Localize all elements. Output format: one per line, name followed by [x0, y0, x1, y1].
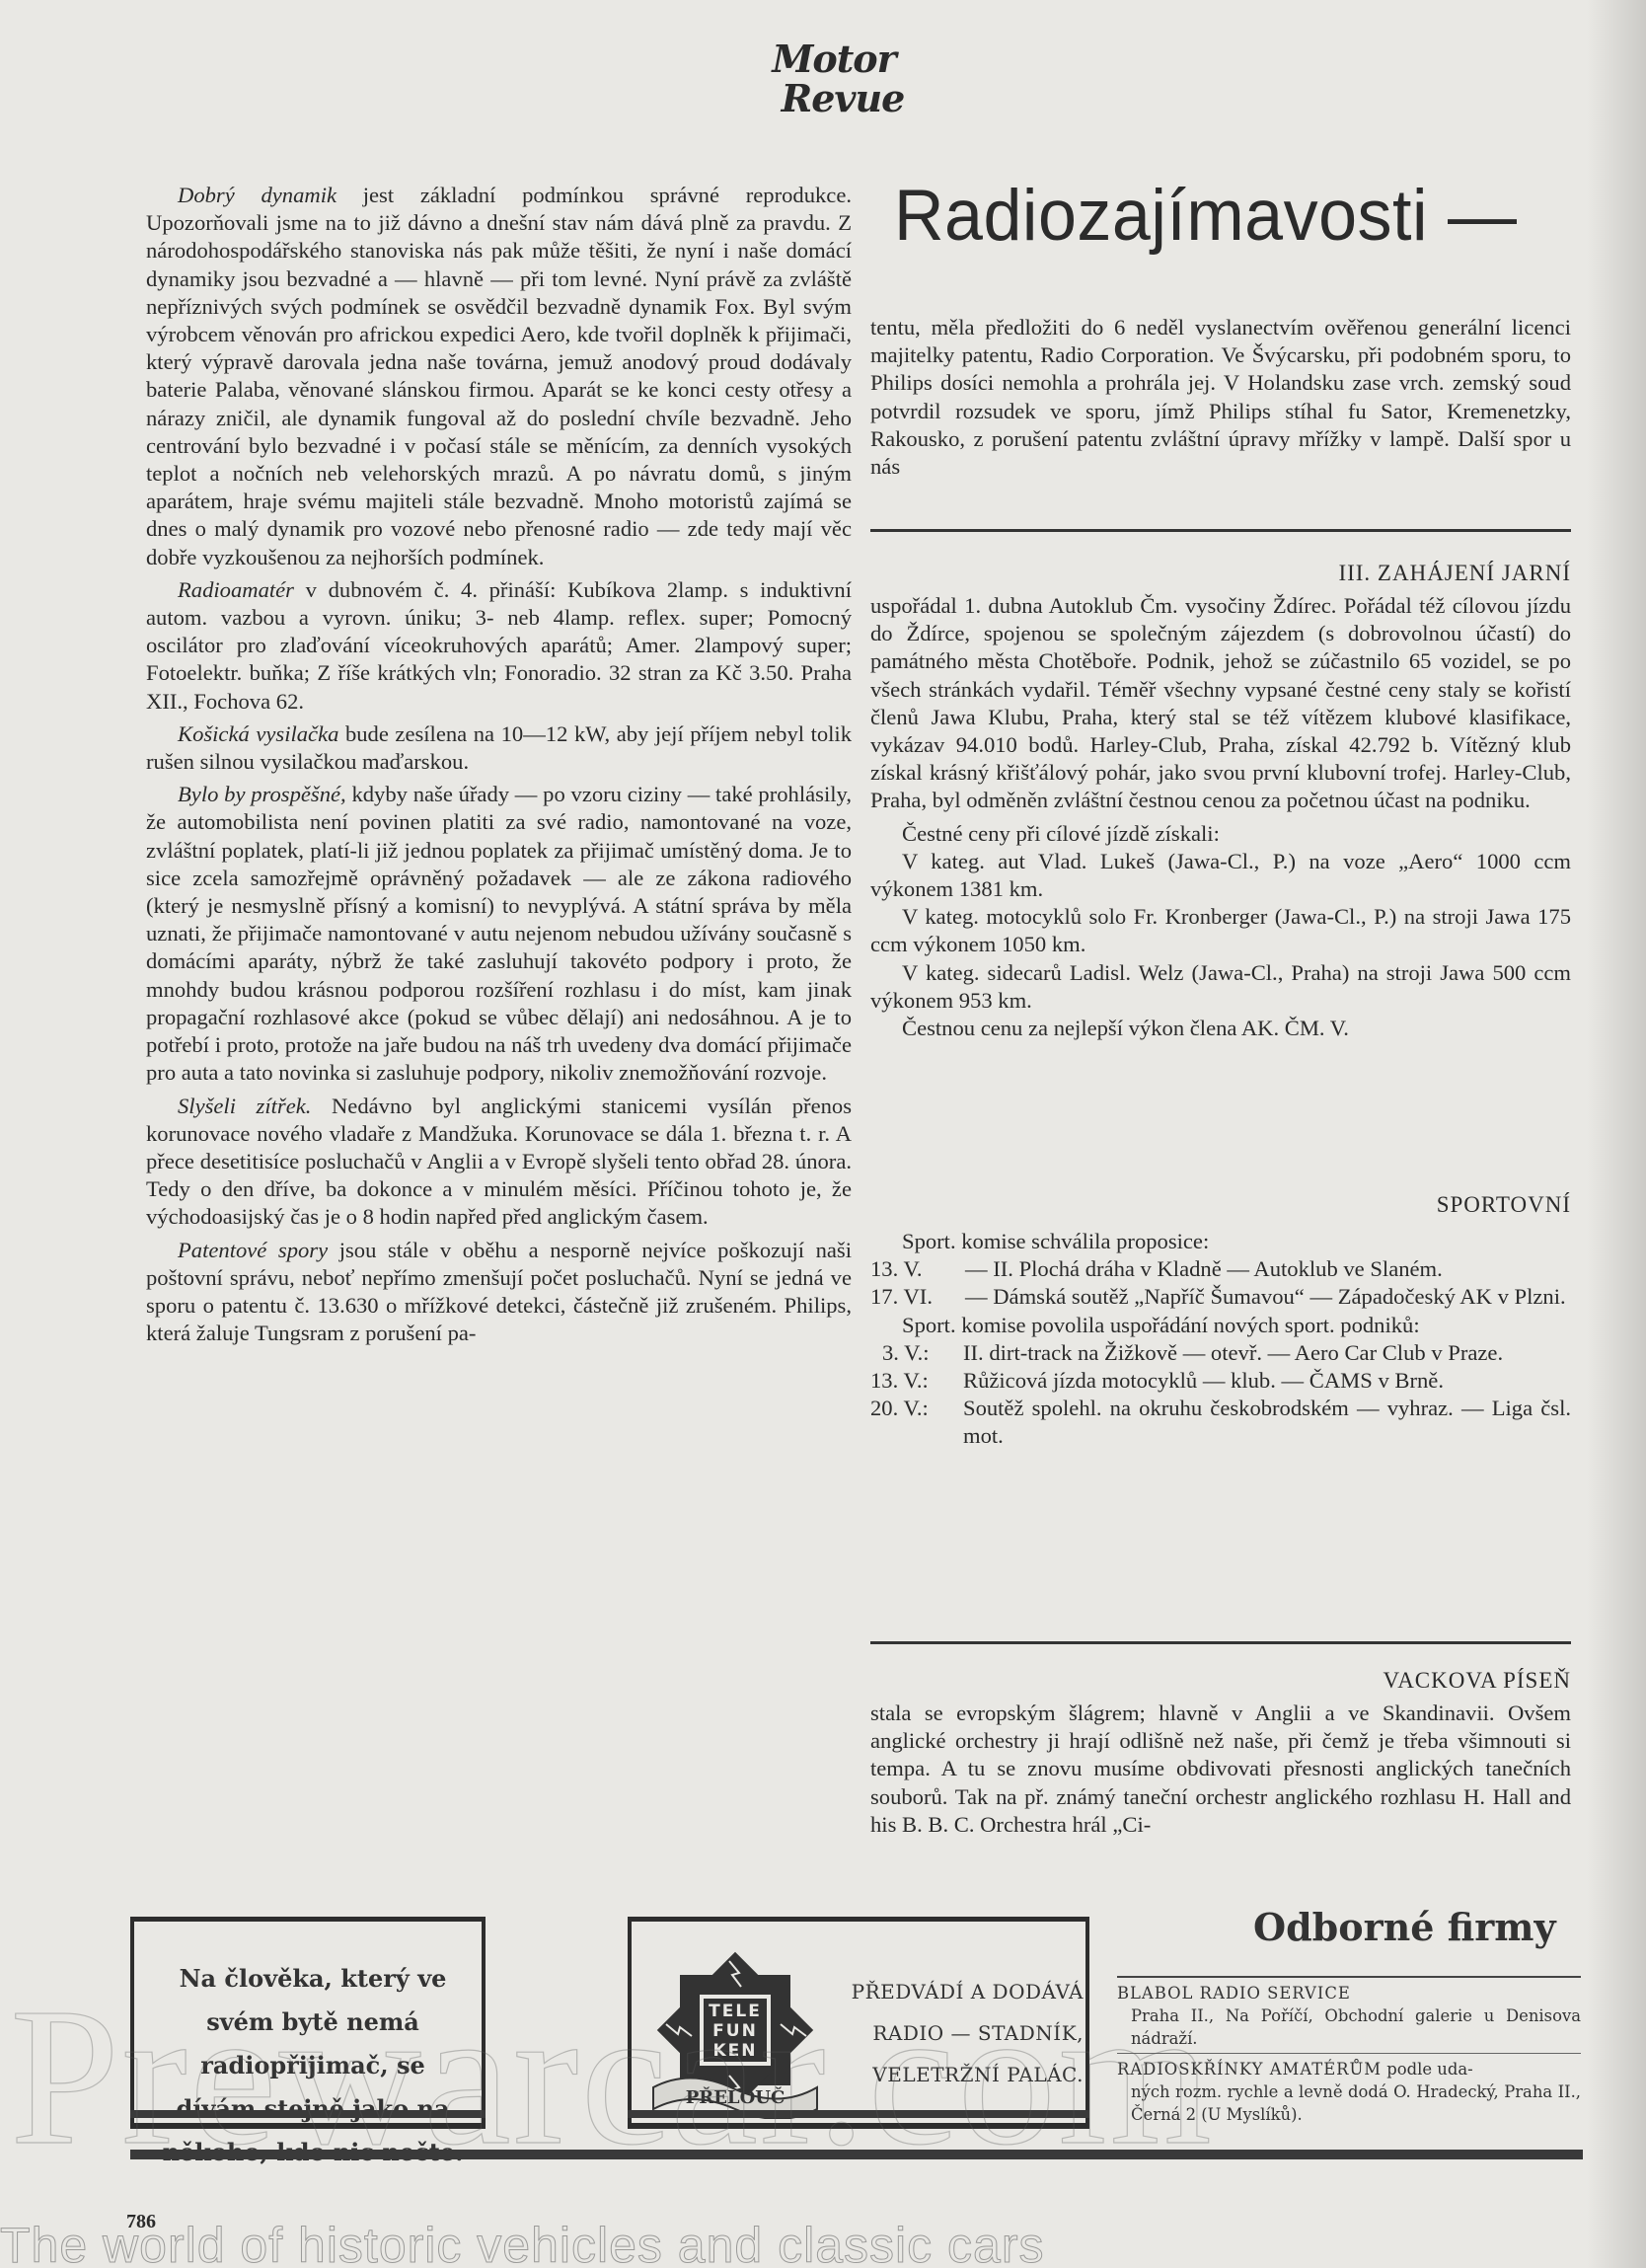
paragraph-text: kdyby naše úřady — po vzoru ciziny — tak… — [146, 782, 852, 1085]
logo-ribbon: PŘELOUČ — [686, 2085, 786, 2108]
paragraph-dynamik: Dobrý dynamik jest základní podmínkou sp… — [146, 182, 852, 571]
schedule-date: 13. V. — [870, 1255, 965, 1283]
firm-entry: RADIOSKŘÍNKY AMATÉRŮM podle uda- ných ro… — [1117, 2058, 1581, 2126]
sport-intro-approved: Sport. komise schválila proposice: — [870, 1228, 1571, 1255]
paragraph-lead: Radioamatér — [178, 577, 294, 602]
sportovni-section: Sport. komise schválila proposice: 13. V… — [870, 1228, 1571, 1451]
logo-line-3: KEN — [712, 2041, 757, 2061]
ad-underline — [130, 2110, 486, 2118]
paragraph-lead: Dobrý dynamik — [178, 183, 337, 207]
ad-line: PŘEDVÁDÍ A DODÁVÁ — [817, 1971, 1084, 2012]
paragraph-patentove: Patentové spory jsou stále v oběhu a nes… — [146, 1237, 852, 1348]
paragraph-lead: Patentové spory — [178, 1238, 328, 1262]
schedule-item: 3. V.: II. dirt-track na Žižkově — otevř… — [870, 1339, 1571, 1367]
section-heading-vackova: VACKOVA PÍSEŇ — [1384, 1668, 1571, 1694]
ad-line: RADIO — STADNÍK, — [817, 2012, 1084, 2054]
ad-line: VELETRŽNÍ PALÁC. — [817, 2054, 1084, 2095]
paragraph-lead: Košická vysilačka — [178, 721, 338, 746]
schedule-text: — Dámská soutěž „Napříč Šumavou“ — Západ… — [965, 1283, 1571, 1311]
schedule-date: 20. V.: — [870, 1395, 963, 1450]
masthead-line1: Motor — [760, 39, 908, 79]
masthead-line2: Revue — [778, 79, 908, 118]
ad-underline — [628, 2110, 1089, 2118]
section-heading-sportovni: SPORTOVNÍ — [1437, 1192, 1571, 1218]
sport-intro-permitted: Sport. komise povolila uspořádání nových… — [870, 1312, 1571, 1339]
paragraph-text: jest základní podmínkou správné reproduk… — [146, 183, 852, 569]
firm-address: Praha II., Na Poříčí, Obchodní galerie u… — [1117, 2004, 1581, 2050]
paragraph-continuation: tentu, měla předložiti do 6 neděl vyslan… — [870, 314, 1571, 481]
ad-quote-text: Na člověka, který ve svém bytě nemá radi… — [160, 1957, 466, 2174]
telefunken-logo-icon: TELE FUN KEN PŘELOUČ — [641, 1951, 829, 2119]
zahajeni-section: uspořádal 1. dubna Autoklub Čm. vysočiny… — [870, 592, 1571, 1042]
schedule-item: 17. VI. — Dámská soutěž „Napříč Šumavou“… — [870, 1283, 1571, 1311]
firm-text: podle uda- — [1382, 2060, 1473, 2079]
prize-item: V kateg. motocyklů solo Fr. Kronberger (… — [870, 903, 1571, 958]
firm-name: RADIOSKŘÍNKY AMATÉRŮM — [1117, 2060, 1382, 2079]
vackova-section: stala se evropským šlágrem; hlavně v Ang… — [870, 1700, 1571, 1839]
ad-telefunken-stadnik: TELE FUN KEN PŘELOUČ PŘEDVÁDÍ A DODÁVÁ R… — [628, 1917, 1089, 2129]
page-number: 786 — [126, 2211, 156, 2233]
paragraph-prospesne: Bylo by prospěšné, kdyby naše úřady — po… — [146, 781, 852, 1087]
prizes-intro: Čestné ceny při cílové jízdě získali: — [870, 820, 1571, 848]
paragraph-slyseli: Slyšeli zítřek. Nedávno byl anglickými s… — [146, 1093, 852, 1232]
section-divider — [870, 1641, 1571, 1644]
page-bottom-rule — [130, 2150, 1583, 2159]
firm-text-cont: ných rozm. rychle a levně dodá O. Hradec… — [1117, 2080, 1581, 2126]
paragraph-lead: Bylo by prospěšné, — [178, 782, 346, 806]
left-column: Dobrý dynamik jest základní podmínkou sp… — [146, 182, 852, 1347]
zahajeni-body: uspořádal 1. dubna Autoklub Čm. vysočiny… — [870, 592, 1571, 815]
schedule-text: II. dirt-track na Žižkově — otevř. — Aer… — [963, 1339, 1571, 1367]
schedule-item: 13. V. — II. Plochá dráha v Kladně — Aut… — [870, 1255, 1571, 1283]
right-column: tentu, měla předložiti do 6 neděl vyslan… — [870, 314, 1571, 481]
paragraph-kosicka: Košická vysilačka bude zesílena na 10—12… — [146, 720, 852, 776]
schedule-text: Soutěž spolehl. na okruhu českobrodském … — [963, 1395, 1571, 1450]
schedule-date: 17. VI. — [870, 1283, 965, 1311]
firms-directory: BLABOL RADIO SERVICE Praha II., Na Poříč… — [1117, 1976, 1581, 2126]
ad-stadnik-text: PŘEDVÁDÍ A DODÁVÁ RADIO — STADNÍK, VELET… — [817, 1971, 1084, 2095]
prize-item: V kateg. aut Vlad. Lukeš (Jawa-Cl., P.) … — [870, 848, 1571, 903]
firm-name: BLABOL RADIO SERVICE — [1117, 1982, 1581, 2004]
logo-line-1: TELE — [709, 2002, 762, 2021]
firms-title: Odborné firmy — [1253, 1905, 1556, 1949]
schedule-text: — II. Plochá dráha v Kladně — Autoklub v… — [965, 1255, 1571, 1283]
section-divider — [870, 529, 1571, 532]
schedule-date: 13. V.: — [870, 1367, 963, 1395]
masthead-logo: Motor Revue — [760, 39, 908, 118]
prize-item: Čestnou cenu za nejlepší výkon člena AK.… — [870, 1015, 1571, 1042]
paragraph-radioamater: Radioamatér v dubnovém č. 4. přináší: Ku… — [146, 576, 852, 716]
prize-item: V kateg. sidecarů Ladisl. Welz (Jawa-Cl.… — [870, 959, 1571, 1015]
paragraph-lead: Slyšeli zítřek. — [178, 1094, 311, 1118]
schedule-text: Růžicová jízda motocyklů — klub. — ČAMS … — [963, 1367, 1571, 1395]
firms-divider — [1117, 1976, 1581, 1978]
watermark-tagline: The world of historic vehicles and class… — [0, 2217, 1045, 2268]
vackova-body: stala se evropským šlágrem; hlavně v Ang… — [870, 1700, 1571, 1839]
schedule-item: 13. V.: Růžicová jízda motocyklů — klub.… — [870, 1367, 1571, 1395]
firm-entry: BLABOL RADIO SERVICE Praha II., Na Poříč… — [1117, 1982, 1581, 2050]
article-title: Radiozajímavosti — — [894, 174, 1605, 257]
schedule-item: 20. V.: Soutěž spolehl. na okruhu českob… — [870, 1395, 1571, 1450]
ad-radio-quote: Na člověka, který ve svém bytě nemá radi… — [130, 1917, 486, 2129]
section-heading-zahajeni: III. ZAHÁJENÍ JARNÍ — [1338, 561, 1571, 586]
firms-divider — [1117, 2053, 1581, 2054]
logo-line-2: FUN — [712, 2021, 758, 2041]
schedule-date: 3. V.: — [870, 1339, 963, 1367]
page-edge-shadow — [1587, 0, 1646, 2268]
